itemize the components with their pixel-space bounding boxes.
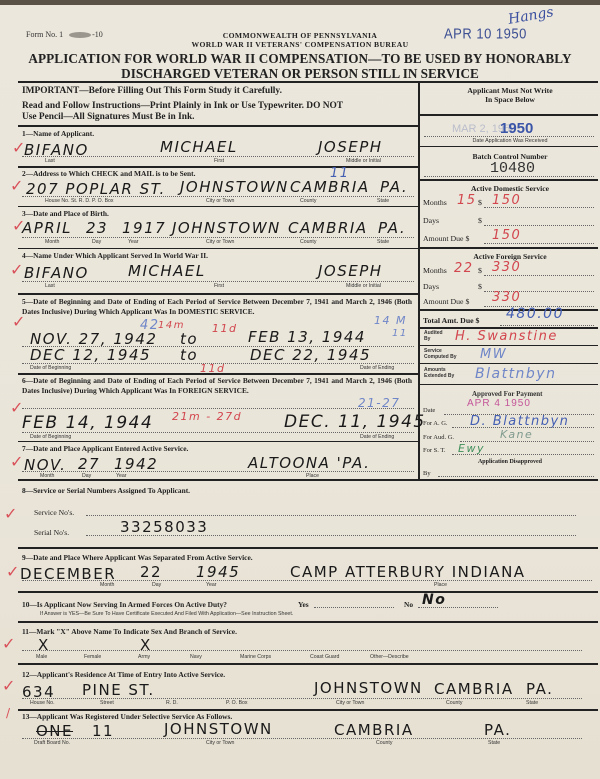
caption: City or Town — [206, 198, 234, 204]
caption: City or Town — [206, 740, 234, 746]
note: 14 M — [374, 314, 407, 327]
option-navy: Navy — [190, 654, 202, 660]
page-top-edge — [0, 0, 600, 5]
fill-line — [452, 454, 594, 455]
caption: R. D. — [166, 700, 178, 706]
service-first-name[interactable]: MICHAEL — [128, 262, 206, 280]
fill-line — [424, 136, 594, 137]
section-8-divider-top — [18, 479, 598, 481]
instructions: IMPORTANT—Before Filling Out This Form S… — [22, 86, 414, 124]
option-other-describe: Other—Describe — [370, 654, 409, 660]
birth-state[interactable]: PA. — [378, 219, 406, 237]
caption: County — [446, 700, 462, 706]
note: 11 — [392, 328, 408, 339]
for-st-label: For S. T. — [423, 447, 446, 454]
divider — [420, 146, 598, 147]
residence-city[interactable]: JOHNSTOWN — [314, 679, 423, 697]
caption: Middle or Initial — [346, 283, 381, 289]
dollar-sign: $ — [478, 198, 482, 207]
form-title-line-2: DISCHARGED VETERAN OR PERSON STILL IN SE… — [0, 66, 600, 82]
birth-day[interactable]: 23 — [86, 219, 108, 237]
section-5-label: 5—Date of Beginning and Date of Ending o… — [22, 297, 412, 316]
section-7-label: 7—Date and Place Applicant Entered Activ… — [22, 444, 412, 454]
mark-male[interactable]: X — [38, 636, 50, 654]
date-received-stamp: 1950 — [500, 120, 533, 137]
separation-day[interactable]: 22 — [140, 563, 162, 581]
caption: Draft Board No. — [34, 740, 70, 746]
fill-line — [22, 237, 414, 238]
foreign-months-label: Months — [423, 266, 447, 275]
separation-place[interactable]: CAMP ATTERBURY INDIANA — [290, 563, 526, 581]
caption: State — [488, 740, 500, 746]
service-computed-label: Service Computed By — [424, 349, 464, 360]
option-marine-corps: Marine Corps — [240, 654, 271, 660]
check-mark-icon: ✓ — [10, 452, 23, 471]
fill-line — [484, 207, 594, 208]
entry-place[interactable]: ALTOONA 'PA. — [248, 454, 370, 472]
fill-line — [22, 698, 582, 699]
caption: Day — [152, 582, 161, 588]
divider — [18, 441, 418, 442]
applicant-first-name[interactable]: MICHAEL — [160, 138, 238, 156]
divider — [18, 166, 418, 168]
option-coast-guard: Coast Guard — [310, 654, 339, 660]
divider — [18, 709, 598, 711]
no-label: No — [404, 600, 424, 610]
fill-line — [484, 225, 594, 226]
service-numbers-field — [86, 515, 576, 516]
for-ag-label: For A. G. — [423, 420, 448, 427]
birth-year[interactable]: 1917 — [122, 219, 166, 237]
caption: City or Town — [206, 239, 234, 245]
office-use-title: Applicant Must Not Write — [420, 86, 600, 95]
fill-line — [424, 176, 594, 177]
mail-county[interactable]: CAMBRIA — [290, 178, 370, 196]
caption: First — [214, 283, 224, 289]
fill-line — [484, 275, 594, 276]
yes-label: Yes — [298, 600, 328, 610]
divider — [420, 179, 598, 181]
birth-city[interactable]: JOHNSTOWN — [172, 219, 281, 237]
service-computed-signature: MW — [480, 347, 507, 362]
total-amount-due: 480.00 — [506, 306, 564, 322]
caption: Middle or Initial — [346, 158, 381, 164]
fill-line — [438, 476, 594, 477]
caption: Place — [306, 473, 319, 479]
section-3-label: 3—Date and Place of Birth. — [22, 209, 412, 219]
caption: City or Town — [336, 700, 364, 706]
foreign-period-end[interactable]: DEC. 11, 1945 — [284, 412, 426, 432]
mail-state[interactable]: PA. — [380, 178, 408, 196]
caption: County — [300, 198, 316, 204]
caption: Month — [100, 582, 114, 588]
yes-field[interactable] — [314, 607, 394, 608]
dollar-sign: $ — [478, 216, 482, 225]
check-mark-icon: / — [6, 706, 10, 720]
amounts-extended-label: Amounts Extended By — [424, 368, 464, 379]
received-date-stamp: APR 10 1950 — [444, 25, 527, 42]
check-mark-icon: ✓ — [12, 312, 25, 331]
caption: Date of Ending — [360, 434, 394, 440]
separation-year[interactable]: 1945 — [196, 563, 240, 581]
caption: House No. St. R. D. P. O. Box — [45, 198, 114, 204]
domestic-period-1-end[interactable]: FEB 13, 1944 — [248, 328, 366, 346]
check-mark-icon: ✓ — [2, 676, 15, 695]
fill-line — [22, 580, 592, 581]
section-10-label: 10—Is Applicant Now Serving In Armed For… — [22, 600, 322, 610]
domestic-days-label: Days — [423, 216, 439, 225]
foreign-due-label: Amount Due $ — [423, 297, 469, 306]
section-6-label: 6—Date of Beginning and Date of Ending o… — [22, 376, 412, 395]
domestic-period-2-begin[interactable]: DEC 12, 1945 — [30, 346, 151, 364]
fill-line — [86, 535, 576, 536]
caption: Street — [100, 700, 114, 706]
divider — [18, 293, 418, 295]
domestic-amount-due: 150 — [492, 228, 521, 243]
service-numbers-label: Service No's. — [34, 508, 424, 518]
foreign-months-value: 22 — [454, 261, 474, 276]
approved-date-label: Date — [423, 407, 435, 414]
caption: Month — [40, 473, 54, 479]
foreign-amount-due: 330 — [492, 290, 521, 305]
office-use-subtitle: In Space Below — [420, 95, 600, 104]
option-army: Army — [138, 654, 150, 660]
divider — [420, 247, 598, 249]
divider — [18, 591, 598, 593]
section-11-label: 11—Mark "X" Above Name To Indicate Sex A… — [22, 627, 582, 637]
total-amount-label: Total Amt. Due $ — [423, 316, 479, 325]
batch-control-number: 10480 — [490, 160, 535, 177]
caption: Month — [45, 239, 59, 245]
fill-line — [22, 281, 414, 282]
check-mark-icon: ✓ — [6, 562, 19, 581]
fill-line — [22, 432, 414, 433]
service-last-name[interactable]: BIFANO — [24, 264, 89, 282]
divider — [18, 125, 418, 127]
fill-line — [418, 607, 498, 608]
mail-city[interactable]: JOHNSTOWN — [180, 178, 289, 196]
caption: Year — [116, 473, 126, 479]
disapproved-by-label: By — [423, 470, 431, 477]
caption: County — [300, 239, 316, 245]
section-12-label: 12—Applicant's Residence At Time of Entr… — [22, 670, 582, 680]
dollar-sign: $ — [478, 282, 482, 291]
divider — [420, 345, 598, 346]
fill-line — [500, 325, 594, 326]
date-received-caption: Date Application Was Received — [420, 138, 600, 144]
draft-board-county[interactable]: CAMBRIA — [334, 721, 414, 739]
caption: County — [376, 740, 392, 746]
caption: Year — [206, 582, 216, 588]
check-mark-icon: ✓ — [2, 634, 15, 653]
caption: State — [526, 700, 538, 706]
applicant-middle-name[interactable]: JOSEPH — [318, 138, 383, 156]
fill-line — [484, 243, 594, 244]
caption: Date of Beginning — [30, 434, 71, 440]
fill-line — [22, 738, 582, 739]
draft-board-city[interactable]: JOHNSTOWN — [164, 720, 273, 738]
draft-board-state[interactable]: PA. — [484, 721, 511, 739]
form-title-line-1: APPLICATION FOR WORLD WAR II COMPENSATIO… — [0, 51, 600, 67]
compensation-application-form: Form No. 1-10 COMMONWEALTH OF PENNSYLVAN… — [0, 0, 600, 779]
foreign-months-amount: 330 — [492, 260, 521, 275]
for-aud-g-label: For Aud. G. — [423, 434, 454, 441]
option-female: Female — [84, 654, 101, 660]
caption: Day — [82, 473, 91, 479]
no-field[interactable]: No — [422, 592, 446, 608]
caption: Last — [45, 158, 55, 164]
section-9-label: 9—Date and Place Where Applicant Was Sep… — [22, 553, 582, 563]
serial-numbers-value[interactable]: 33258033 — [120, 518, 208, 536]
caption: Place — [434, 582, 447, 588]
for-aud-g-signature: Kane — [500, 428, 533, 441]
note: 21m - 27d — [172, 410, 242, 423]
caption: Date of Beginning — [30, 365, 71, 371]
check-mark-icon: ✓ — [10, 260, 23, 279]
fill-line — [22, 408, 414, 409]
domestic-due-label: Amount Due $ — [423, 234, 469, 243]
check-mark-icon: ✓ — [10, 176, 23, 195]
top-handwritten-note: Hangs — [507, 4, 555, 28]
caption: Date of Ending — [360, 365, 394, 371]
residence-county[interactable]: CAMBRIA — [434, 680, 514, 698]
section-10-note: If Answer is YES—Be Sure To Have Certifi… — [40, 611, 293, 617]
domestic-service-title: Active Domestic Service — [420, 184, 600, 193]
approved-date-stamp: APR 4 1950 — [467, 398, 531, 409]
section-8-label: 8—Service or Serial Numbers Assigned To … — [22, 486, 582, 496]
fill-line — [22, 650, 582, 651]
check-mark-icon: ✓ — [4, 504, 17, 523]
serial-numbers-label: Serial No's. — [34, 528, 424, 538]
residence-state[interactable]: PA. — [526, 680, 553, 698]
caption: Year — [128, 239, 138, 245]
divider — [18, 206, 418, 207]
note: 11d — [212, 322, 237, 335]
divider — [420, 114, 598, 116]
birth-county[interactable]: CAMBRIA — [288, 219, 368, 237]
foreign-period-begin[interactable]: FEB 14, 1944 — [22, 413, 153, 433]
approved-for-payment-title: Approved For Payment — [472, 390, 543, 398]
application-disapproved-title: Application Disapproved — [420, 459, 600, 465]
fill-line — [22, 196, 414, 197]
dollar-sign: $ — [478, 266, 482, 275]
divider — [18, 248, 418, 249]
amounts-extended-signature: Blattnbyn — [475, 366, 556, 382]
domestic-months-amount: 150 — [492, 193, 521, 208]
divider — [18, 373, 418, 375]
caption: Last — [45, 283, 55, 289]
caption: Day — [92, 239, 101, 245]
fill-line — [22, 156, 414, 157]
service-middle-name[interactable]: JOSEPH — [318, 262, 383, 280]
divider — [18, 547, 598, 549]
foreign-days-label: Days — [423, 282, 439, 291]
audited-by-label: Audited By — [424, 331, 448, 342]
domestic-months-label: Months — [423, 198, 447, 207]
caption: P. O. Box — [226, 700, 248, 706]
option-male: Male — [36, 654, 47, 660]
caption: House No. — [30, 700, 55, 706]
header-divider — [18, 81, 598, 83]
divider — [420, 363, 598, 364]
divider — [18, 621, 598, 623]
audited-by-signature: H. Swanstine — [455, 329, 558, 344]
divider — [420, 384, 598, 385]
fill-line — [22, 471, 414, 472]
divider — [18, 663, 598, 665]
caption: State — [377, 239, 389, 245]
residence-street[interactable]: PINE ST. — [82, 681, 155, 699]
caption: First — [214, 158, 224, 164]
to-label: to — [180, 346, 198, 364]
section-4-label: 4—Name Under Which Applicant Served In W… — [22, 251, 412, 261]
birth-month[interactable]: APRIL — [22, 219, 72, 237]
domestic-months-value: 15 — [457, 193, 477, 208]
mark-army[interactable]: X — [140, 636, 152, 654]
domestic-period-2-end[interactable]: DEC 22, 1945 — [250, 346, 371, 364]
caption: State — [377, 198, 389, 204]
